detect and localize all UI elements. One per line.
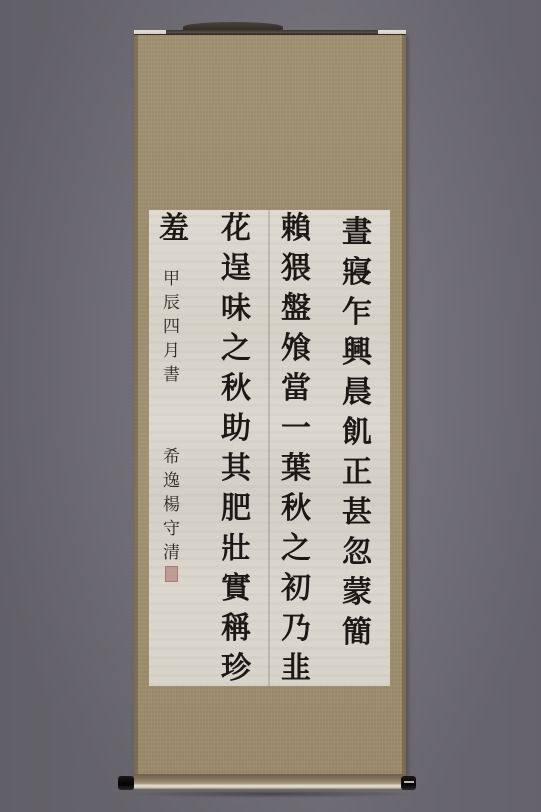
rod-end-right xyxy=(378,30,406,34)
char: 助 xyxy=(221,414,251,454)
char: 其 xyxy=(221,454,251,494)
char: 珍 xyxy=(221,654,251,694)
char: 羞 xyxy=(159,214,189,254)
char: 晨 xyxy=(342,378,372,418)
roller-shadow xyxy=(128,790,418,798)
char: 逸 xyxy=(163,466,180,490)
char: 猥 xyxy=(281,254,311,294)
char: 一 xyxy=(281,414,311,454)
mount-edge-left xyxy=(134,35,138,777)
char: 寢 xyxy=(342,258,372,298)
char: 秋 xyxy=(221,374,251,414)
char: 乃 xyxy=(281,614,311,654)
text-column-4: 羞 xyxy=(159,214,189,254)
text-column-3: 花 逞 味 之 秋 助 其 肥 壯 實 稱 珍 xyxy=(221,214,251,694)
text-column-2: 賴 猥 盤 飧 當 一 葉 秋 之 初 乃 韭 xyxy=(281,214,311,694)
char: 晝 xyxy=(342,218,372,258)
char: 飢 xyxy=(342,418,372,458)
char: 壯 xyxy=(221,534,251,574)
roller-knob-right xyxy=(401,776,416,790)
date-inscription: 甲 辰 四 月 書 xyxy=(163,264,180,384)
char: 乍 xyxy=(342,298,372,338)
char: 月 xyxy=(163,336,180,360)
char: 之 xyxy=(221,334,251,374)
char: 辰 xyxy=(163,288,180,312)
char: 蒙 xyxy=(342,578,372,618)
char: 花 xyxy=(221,214,251,254)
char: 當 xyxy=(281,374,311,414)
calligraphy-paper: 晝 寢 乍 興 晨 飢 正 甚 忽 蒙 簡 賴 猥 盤 飧 當 一 葉 秋 之 … xyxy=(149,210,390,686)
char: 飧 xyxy=(281,334,311,374)
char: 實 xyxy=(221,574,251,614)
char: 盤 xyxy=(281,294,311,334)
char: 賴 xyxy=(281,214,311,254)
paper-fold-line xyxy=(268,210,270,686)
char: 楊 xyxy=(163,490,180,514)
roller-knob-left xyxy=(118,776,134,790)
char: 韭 xyxy=(281,654,311,694)
char: 忽 xyxy=(342,538,372,578)
char: 正 xyxy=(342,458,372,498)
char: 興 xyxy=(342,338,372,378)
red-seal-icon xyxy=(165,566,178,582)
char: 味 xyxy=(221,294,251,334)
char: 守 xyxy=(163,514,180,538)
bottom-roller xyxy=(134,774,406,790)
char: 甲 xyxy=(163,264,180,288)
text-column-1: 晝 寢 乍 興 晨 飢 正 甚 忽 蒙 簡 xyxy=(342,218,372,658)
rod-end-left xyxy=(134,30,166,34)
char: 希 xyxy=(163,442,180,466)
char: 肥 xyxy=(221,494,251,534)
char: 初 xyxy=(281,574,311,614)
mount-edge-right xyxy=(402,35,406,777)
char: 逞 xyxy=(221,254,251,294)
char: 葉 xyxy=(281,454,311,494)
char: 簡 xyxy=(342,618,372,658)
char: 之 xyxy=(281,534,311,574)
char: 甚 xyxy=(342,498,372,538)
char: 稱 xyxy=(221,614,251,654)
char: 書 xyxy=(163,360,180,384)
artist-signature: 希 逸 楊 守 清 xyxy=(163,442,180,582)
char: 四 xyxy=(163,312,180,336)
char: 秋 xyxy=(281,494,311,534)
char: 清 xyxy=(163,538,180,562)
